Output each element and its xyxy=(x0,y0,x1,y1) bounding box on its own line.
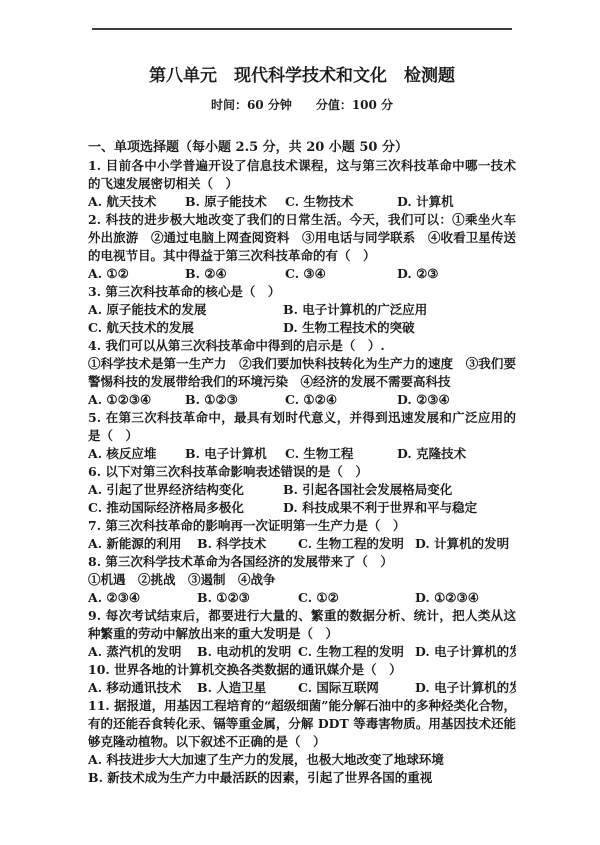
option-b: B. 电子计算机的广泛应用 xyxy=(283,301,516,319)
option-a: A. 蒸汽机的发明 xyxy=(88,643,197,661)
question-9-options: A. 蒸汽机的发明 B. 电动机的发明 C. 生物工程的发明 D. 电子计算机的… xyxy=(88,643,516,661)
question-3-options-row1: A. 原子能技术的发展 B. 电子计算机的广泛应用 xyxy=(88,301,516,319)
option-d: D. ②③ xyxy=(397,265,516,283)
option-a: A. 引起了世界经济结构变化 xyxy=(88,481,283,499)
question-6-stem: 6. 以下对第三次科技革命影响表述错误的是（ ） xyxy=(88,463,516,481)
option-a: A. ②③④ xyxy=(88,589,197,607)
option-c: C. ①② xyxy=(298,589,415,607)
question-2-options: A. ①② B. ②④ C. ③④ D. ②③ xyxy=(88,265,516,283)
option-b: B. 人造卫星 xyxy=(197,679,298,697)
question-2: 2. 科技的进步极大地改变了我们的日常生活。今天，我们可以：①乘坐火车外出旅游 … xyxy=(88,211,516,283)
option-a: A. ①②③④ xyxy=(88,391,185,409)
question-4-stem: 4. 我们可以从第三次科技革命中得到的启示是（ ）. xyxy=(88,337,516,355)
option-c: C. 生物工程的发明 xyxy=(298,535,415,553)
option-c: C. ③④ xyxy=(285,265,397,283)
question-7-options: A. 新能源的利用 B. 科学技术 C. 生物工程的发明 D. 计算机的发明 xyxy=(88,535,516,553)
question-10-options: A. 移动通讯技术 B. 人造卫星 C. 国际互联网 D. 电子计算机的发明 xyxy=(88,679,516,697)
option-a: A. 航天技术 xyxy=(88,193,185,211)
option-c: C. 生物工程的发明 xyxy=(298,643,415,661)
question-5-stem: 5. 在第三次科技革命中，最具有划时代意义，并得到迅速发展和广泛应用的是（ ） xyxy=(88,409,516,445)
option-d: D. 电子计算机的发明 xyxy=(415,643,516,661)
option-a: A. 科技进步大大加速了生产力的发展，也极大地改变了地球环境 xyxy=(88,751,516,769)
option-d: D. ①②③④ xyxy=(415,589,516,607)
question-4-options: A. ①②③④ B. ①②③ C. ①②④ D. ②③④ xyxy=(88,391,516,409)
question-3: 3. 第三次科技革命的核心是（ ） A. 原子能技术的发展 B. 电子计算机的广… xyxy=(88,283,516,337)
option-c: C. 生物工程 xyxy=(285,445,397,463)
question-11-stem: 11. 据报道，用基因工程培育的“超级细菌”能分解石油中的多种烃类化合物，有的还… xyxy=(88,697,516,751)
question-7: 7. 第三次科技革命的影响再一次证明第一生产力是（ ） A. 新能源的利用 B.… xyxy=(88,517,516,553)
option-d: D. 计算机的发明 xyxy=(415,535,516,553)
question-11: 11. 据报道，用基因工程培育的“超级细菌”能分解石油中的多种烃类化合物，有的还… xyxy=(88,697,516,787)
header-rule xyxy=(92,28,512,30)
option-b: B. 原子能技术 xyxy=(185,193,285,211)
option-b: B. ①②③ xyxy=(185,391,285,409)
option-c: C. ①②④ xyxy=(285,391,397,409)
option-c: C. 航天技术的发展 xyxy=(88,319,283,337)
question-3-stem: 3. 第三次科技革命的核心是（ ） xyxy=(88,283,516,301)
question-6-options-row2: C. 推动国际经济格局多极化 D. 科技成果不利于世界和平与稳定 xyxy=(88,499,516,517)
question-9: 9. 每次考试结束后，都要进行大量的、繁重的数据分析、统计，把人类从这种繁重的劳… xyxy=(88,607,516,661)
test-paper: 第八单元 现代科学技术和文化 检测题 时间：60 分钟 分值：100 分 一、单… xyxy=(88,64,516,787)
question-6: 6. 以下对第三次科技革命影响表述错误的是（ ） A. 引起了世界经济结构变化 … xyxy=(88,463,516,517)
question-2-stem: 2. 科技的进步极大地改变了我们的日常生活。今天，我们可以：①乘坐火车外出旅游 … xyxy=(88,211,516,265)
question-10: 10. 世界各地的计算机交换各类数据的通讯媒介是（ ） A. 移动通讯技术 B.… xyxy=(88,661,516,697)
question-8: 8. 第三次科学技术革命为各国经济的发展带来了（ ） ①机遇 ②挑战 ③遏制 ④… xyxy=(88,553,516,607)
question-5-options: A. 核反应堆 B. 电子计算机 C. 生物工程 D. 克隆技术 xyxy=(88,445,516,463)
option-d: D. 生物工程技术的突破 xyxy=(283,319,516,337)
option-b: B. ②④ xyxy=(185,265,285,283)
option-d: D. 克隆技术 xyxy=(397,445,516,463)
option-b: B. ①②③ xyxy=(197,589,298,607)
option-b: B. 科学技术 xyxy=(197,535,298,553)
option-a: A. ①② xyxy=(88,265,185,283)
option-a: A. 核反应堆 xyxy=(88,445,185,463)
paper-meta: 时间：60 分钟 分值：100 分 xyxy=(88,97,516,114)
option-d: D. 计算机 xyxy=(397,193,516,211)
paper-title: 第八单元 现代科学技术和文化 检测题 xyxy=(88,64,516,88)
option-b: B. 电子计算机 xyxy=(185,445,285,463)
section-heading: 一、单项选择题（每小题 2.5 分，共 20 小题 50 分） xyxy=(88,139,516,157)
option-d: D. 科技成果不利于世界和平与稳定 xyxy=(283,499,516,517)
question-4-subitems: ①科学技术是第一生产力 ②我们要加快科技转化为生产力的速度 ③我们要警惕科技的发… xyxy=(88,355,516,391)
option-d: D. ②③④ xyxy=(397,391,516,409)
option-c: C. 推动国际经济格局多极化 xyxy=(88,499,283,517)
question-6-options-row1: A. 引起了世界经济结构变化 B. 引起各国社会发展格局变化 xyxy=(88,481,516,499)
question-5: 5. 在第三次科技革命中，最具有划时代意义，并得到迅速发展和广泛应用的是（ ） … xyxy=(88,409,516,463)
option-a: A. 新能源的利用 xyxy=(88,535,197,553)
question-8-subitems: ①机遇 ②挑战 ③遏制 ④战争 xyxy=(88,571,516,589)
question-1-stem: 1. 目前各中小学普遍开设了信息技术课程，这与第三次科技革命中哪一技术的飞速发展… xyxy=(88,157,516,193)
option-a: A. 移动通讯技术 xyxy=(88,679,197,697)
question-8-stem: 8. 第三次科学技术革命为各国经济的发展带来了（ ） xyxy=(88,553,516,571)
option-b: B. 电动机的发明 xyxy=(197,643,298,661)
question-3-options-row2: C. 航天技术的发展 D. 生物工程技术的突破 xyxy=(88,319,516,337)
option-b: B. 新技术成为生产力中最活跃的因素，引起了世界各国的重视 xyxy=(88,769,516,787)
question-9-stem: 9. 每次考试结束后，都要进行大量的、繁重的数据分析、统计，把人类从这种繁重的劳… xyxy=(88,607,516,643)
option-d: D. 电子计算机的发明 xyxy=(415,679,516,697)
question-8-options: A. ②③④ B. ①②③ C. ①② D. ①②③④ xyxy=(88,589,516,607)
question-4: 4. 我们可以从第三次科技革命中得到的启示是（ ）. ①科学技术是第一生产力 ②… xyxy=(88,337,516,409)
question-1-options: A. 航天技术 B. 原子能技术 C. 生物技术 D. 计算机 xyxy=(88,193,516,211)
option-a: A. 原子能技术的发展 xyxy=(88,301,283,319)
question-10-stem: 10. 世界各地的计算机交换各类数据的通讯媒介是（ ） xyxy=(88,661,516,679)
option-b: B. 引起各国社会发展格局变化 xyxy=(283,481,516,499)
question-7-stem: 7. 第三次科技革命的影响再一次证明第一生产力是（ ） xyxy=(88,517,516,535)
option-c: C. 国际互联网 xyxy=(298,679,415,697)
option-c: C. 生物技术 xyxy=(285,193,397,211)
question-1: 1. 目前各中小学普遍开设了信息技术课程，这与第三次科技革命中哪一技术的飞速发展… xyxy=(88,157,516,211)
